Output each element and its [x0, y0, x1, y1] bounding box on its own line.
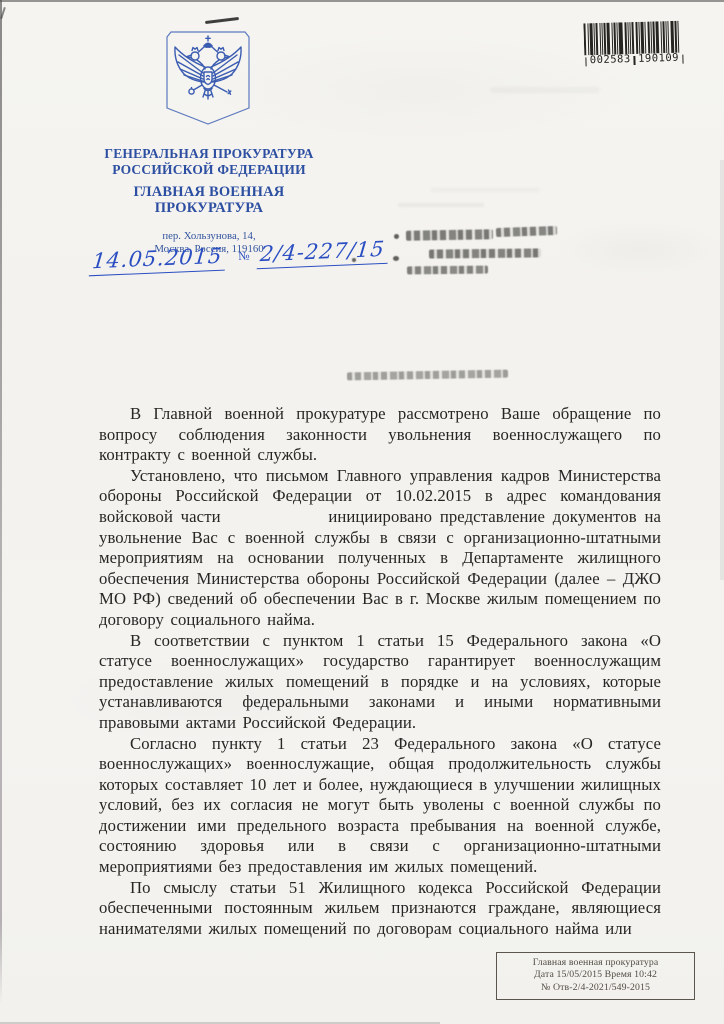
body-paragraph-4: Согласно пункту 1 статьи 23 Федерального… — [99, 734, 661, 878]
handwritten-date: 14.05.2015 — [89, 243, 228, 276]
barcode-bars — [583, 21, 684, 56]
org-name-line3: ГЛАВНАЯ ВОЕННАЯ ПРОКУРАТУРА — [78, 184, 340, 216]
ink-speck — [352, 258, 356, 262]
scan-edge-right — [720, 160, 724, 580]
stamp-org-line: Главная военная прокуратура — [499, 957, 692, 969]
ghost-text-artifact — [398, 203, 484, 207]
stamp-number-line: № Отв-2/4-2021/549-2015 — [499, 982, 692, 994]
handwritten-number: 2/4-227/15 — [256, 237, 389, 270]
org-name-line1: ГЕНЕРАЛЬНАЯ ПРОКУРАТУРА — [78, 146, 340, 162]
body-paragraph-2: Установлено, что письмом Главного управл… — [99, 466, 661, 631]
barcode-guard-bar — [682, 55, 684, 64]
number-sign: № — [238, 249, 250, 264]
barcode-digits-left: 002583 — [590, 53, 631, 66]
registration-barcode: 002583 190109 — [583, 21, 684, 67]
scan-edge-top — [0, 0, 724, 2]
body-paragraph-1: В Главной военной прокуратуре рассмотрен… — [99, 404, 661, 466]
letter-body: В Главной военной прокуратуре рассмотрен… — [99, 404, 661, 939]
body-paragraph-5: По смыслу статьи 51 Жилищного кодекса Ро… — [99, 878, 661, 940]
org-name-line2: РОССИЙСКОЙ ФЕДЕРАЦИИ — [78, 162, 340, 178]
redaction-mark — [407, 266, 488, 275]
barcode-digits-right: 190109 — [638, 52, 679, 65]
ghost-text-artifact — [490, 87, 600, 93]
redaction-mark — [496, 226, 557, 237]
barcode-digits: 002583 190109 — [584, 52, 684, 67]
barcode-guard-bar — [634, 56, 636, 65]
pen-stroke-mark — [205, 17, 239, 24]
registration-stamp: Главная военная прокуратура Дата 15/05/2… — [496, 952, 695, 1000]
body-paragraph-3: В соответствии с пунктом 1 статьи 15 Фед… — [99, 631, 661, 734]
scanned-letter-page: 002583 190109 — [0, 0, 724, 1024]
redaction-mark — [347, 370, 508, 381]
stamp-date-line: Дата 15/05/2015 Время 10:42 — [499, 969, 692, 981]
letterhead: ГЕНЕРАЛЬНАЯ ПРОКУРАТУРА РОССИЙСКОЙ ФЕДЕР… — [78, 146, 340, 255]
coat-of-arms-icon — [162, 29, 254, 131]
ink-speck — [393, 256, 399, 261]
barcode-guard-bar — [585, 57, 587, 66]
ink-speck — [394, 234, 399, 239]
ghost-text-artifact — [430, 188, 540, 192]
redaction-mark — [406, 229, 493, 241]
redaction-mark — [429, 248, 541, 258]
scan-edge-left — [0, 0, 2, 1004]
